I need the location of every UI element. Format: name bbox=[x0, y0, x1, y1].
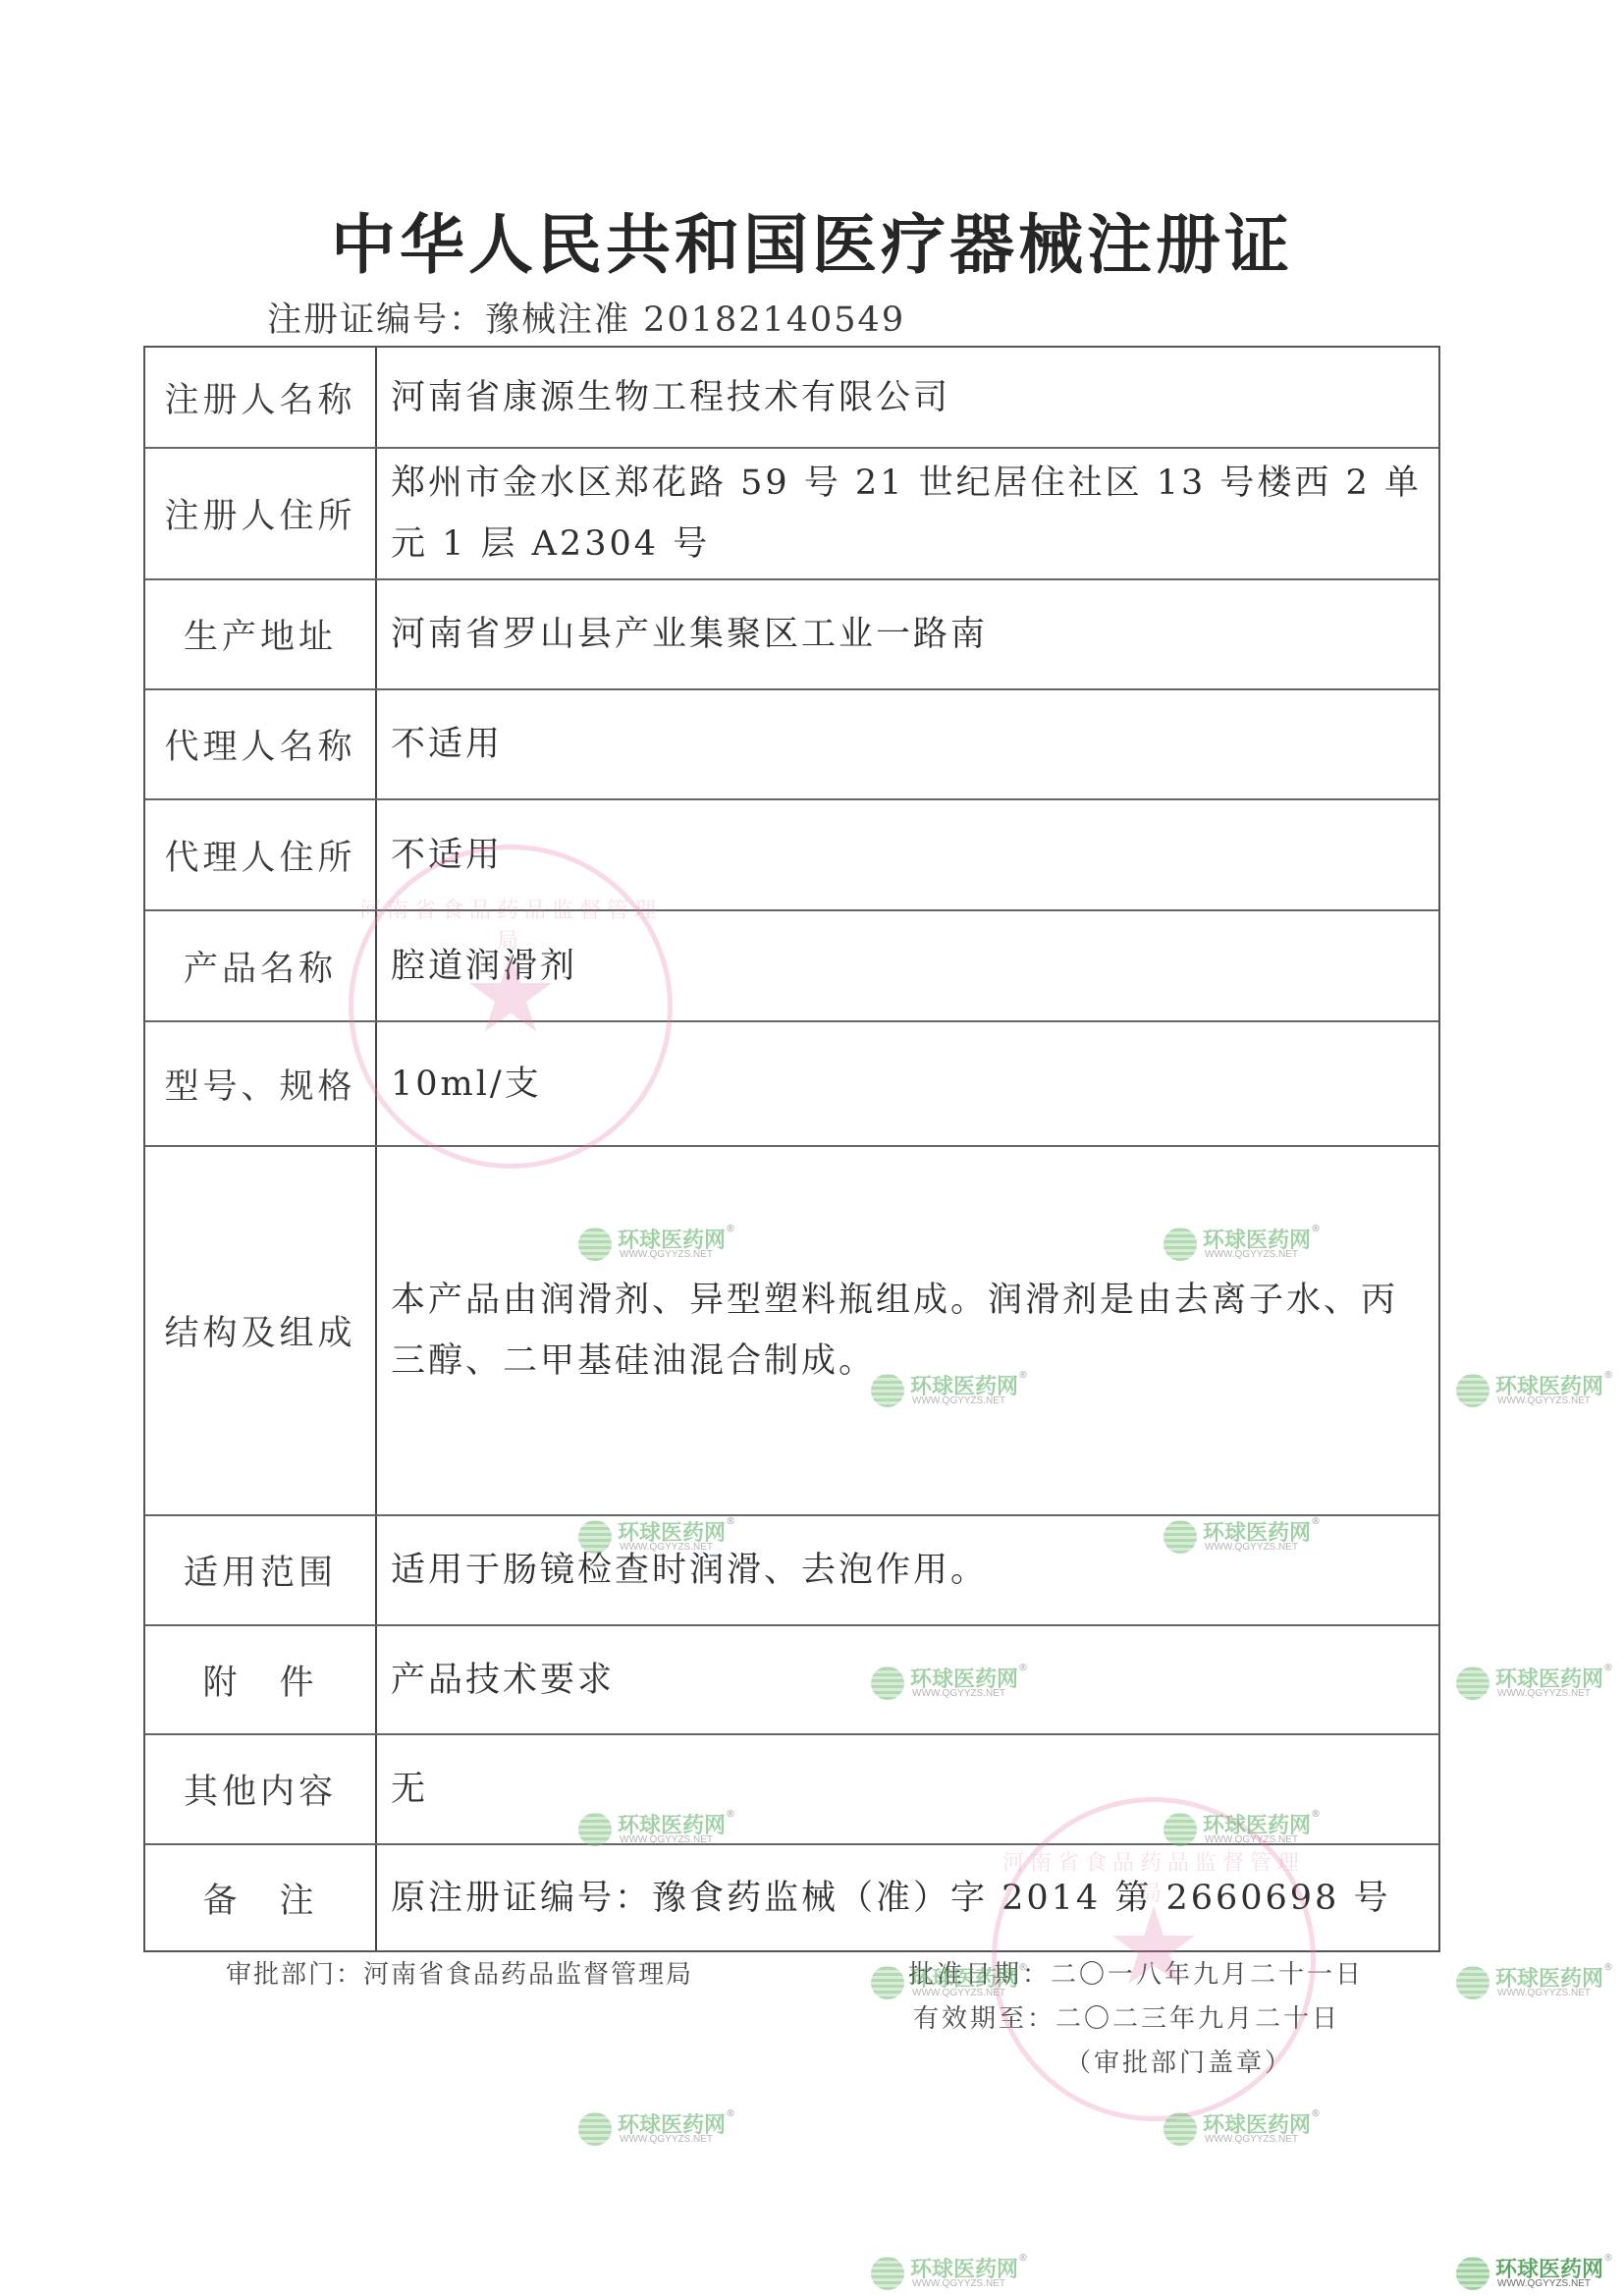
table-row: 型号、规格 10ml/支 bbox=[145, 1020, 1438, 1145]
row-label: 注册人住所 bbox=[145, 449, 377, 578]
row-value: 不适用 bbox=[377, 800, 1438, 909]
table-row: 代理人住所 不适用 bbox=[145, 798, 1438, 909]
row-value: 郑州市金水区郑花路 59 号 21 世纪居住社区 13 号楼西 2 单元 1 层… bbox=[377, 449, 1438, 578]
registered-mark: ® bbox=[1603, 1962, 1613, 1973]
row-value: 本产品由润滑剂、异型塑料瓶组成。润滑剂是由去离子水、丙三醇、二甲基硅油混合制成。 bbox=[377, 1147, 1438, 1514]
watermark-logo: 环球医药网®WWW.QGYYZS.NET bbox=[1456, 2255, 1623, 2294]
globe-icon bbox=[1456, 2257, 1489, 2290]
table-row: 附 件 产品技术要求 bbox=[145, 1624, 1438, 1733]
watermark-url: WWW.QGYYZS.NET bbox=[1497, 1688, 1591, 1699]
registered-mark: ® bbox=[1603, 2253, 1613, 2264]
row-value: 原注册证编号：豫食药监械（准）字 2014 第 2660698 号 bbox=[377, 1845, 1438, 1950]
watermark-logo: 环球医药网®WWW.QGYYZS.NET bbox=[1456, 1665, 1623, 1704]
watermark-text: 环球医药网 bbox=[618, 2113, 726, 2138]
row-label: 代理人住所 bbox=[145, 800, 377, 909]
globe-icon bbox=[1456, 1966, 1489, 1999]
watermark-url: WWW.QGYYZS.NET bbox=[1497, 1395, 1591, 1406]
row-value: 无 bbox=[377, 1735, 1438, 1843]
table-row: 其他内容 无 bbox=[145, 1733, 1438, 1843]
row-value: 河南省康源生物工程技术有限公司 bbox=[377, 348, 1438, 447]
seal-note: （审批部门盖章） bbox=[1065, 2043, 1293, 2079]
row-label: 注册人名称 bbox=[145, 348, 377, 447]
table-row: 备 注 原注册证编号：豫食药监械（准）字 2014 第 2660698 号 bbox=[145, 1843, 1438, 1950]
watermark-text: 环球医药网 bbox=[1203, 2113, 1311, 2138]
watermark-text: 环球医药网 bbox=[1495, 1967, 1603, 1992]
table-row: 结构及组成 本产品由润滑剂、异型塑料瓶组成。润滑剂是由去离子水、丙三醇、二甲基硅… bbox=[145, 1145, 1438, 1514]
row-label: 型号、规格 bbox=[145, 1022, 377, 1145]
row-label: 生产地址 bbox=[145, 580, 377, 688]
registration-number-label: 注册证编号： bbox=[267, 301, 485, 340]
approval-date: 批准日期：二〇一八年九月二十一日 bbox=[908, 1954, 1364, 1991]
row-value: 产品技术要求 bbox=[377, 1626, 1438, 1733]
table-row: 生产地址 河南省罗山县产业集聚区工业一路南 bbox=[145, 578, 1438, 688]
watermark-logo: 环球医药网®WWW.QGYYZS.NET bbox=[871, 2255, 1038, 2294]
certificate-table: 注册人名称 河南省康源生物工程技术有限公司 注册人住所 郑州市金水区郑花路 59… bbox=[143, 346, 1440, 1952]
watermark-url: WWW.QGYYZS.NET bbox=[1497, 2278, 1591, 2289]
globe-icon bbox=[871, 1966, 904, 1999]
row-label: 代理人名称 bbox=[145, 690, 377, 798]
row-label: 附 件 bbox=[145, 1626, 377, 1733]
registration-number-value: 豫械注准 20182140549 bbox=[485, 301, 905, 340]
watermark-text: 环球医药网 bbox=[1495, 2258, 1603, 2282]
row-label: 产品名称 bbox=[145, 911, 377, 1020]
globe-icon bbox=[1164, 2112, 1197, 2146]
globe-icon bbox=[1456, 1667, 1489, 1700]
watermark-logo: 环球医药网®WWW.QGYYZS.NET bbox=[578, 2110, 745, 2150]
registration-number: 注册证编号：豫械注准 20182140549 bbox=[267, 293, 905, 342]
watermark-logo: 环球医药网®WWW.QGYYZS.NET bbox=[1456, 1964, 1623, 2003]
registered-mark: ® bbox=[1311, 2108, 1321, 2119]
table-row: 注册人住所 郑州市金水区郑花路 59 号 21 世纪居住社区 13 号楼西 2 … bbox=[145, 447, 1438, 578]
watermark-text: 环球医药网 bbox=[1495, 1667, 1603, 1692]
row-value: 不适用 bbox=[377, 690, 1438, 798]
row-label: 其他内容 bbox=[145, 1735, 377, 1843]
row-value: 10ml/支 bbox=[377, 1022, 1438, 1145]
table-row: 产品名称 腔道润滑剂 bbox=[145, 909, 1438, 1020]
watermark-url: WWW.QGYYZS.NET bbox=[1205, 2134, 1298, 2145]
row-label: 备 注 bbox=[145, 1845, 377, 1950]
registered-mark: ® bbox=[1603, 1370, 1613, 1381]
row-label: 适用范围 bbox=[145, 1516, 377, 1624]
approval-department: 审批部门：河南省食品药品监督管理局 bbox=[226, 1954, 693, 1991]
watermark-text: 环球医药网 bbox=[1495, 1375, 1603, 1399]
table-row: 注册人名称 河南省康源生物工程技术有限公司 bbox=[145, 348, 1438, 447]
registered-mark: ® bbox=[1018, 2253, 1028, 2264]
row-value: 腔道润滑剂 bbox=[377, 911, 1438, 1020]
watermark-url: WWW.QGYYZS.NET bbox=[912, 2278, 1005, 2289]
watermark-url: WWW.QGYYZS.NET bbox=[1497, 1988, 1591, 1998]
row-label: 结构及组成 bbox=[145, 1147, 377, 1514]
table-row: 代理人名称 不适用 bbox=[145, 688, 1438, 798]
watermark-logo: 环球医药网®WWW.QGYYZS.NET bbox=[1164, 2110, 1330, 2150]
row-value: 适用于肠镜检查时润滑、去泡作用。 bbox=[377, 1516, 1438, 1624]
certificate-title: 中华人民共和国医疗器械注册证 bbox=[0, 192, 1624, 286]
globe-icon bbox=[578, 2112, 612, 2146]
registered-mark: ® bbox=[1603, 1663, 1613, 1673]
watermark-logo: 环球医药网®WWW.QGYYZS.NET bbox=[1456, 1372, 1623, 1411]
globe-icon bbox=[871, 2257, 904, 2290]
valid-until: 有效期至：二〇二三年九月二十日 bbox=[913, 1998, 1340, 2035]
registered-mark: ® bbox=[726, 2108, 735, 2119]
watermark-url: WWW.QGYYZS.NET bbox=[620, 2134, 713, 2145]
table-row: 适用范围 适用于肠镜检查时润滑、去泡作用。 bbox=[145, 1514, 1438, 1624]
watermark-text: 环球医药网 bbox=[910, 2258, 1018, 2282]
globe-icon bbox=[1456, 1374, 1489, 1407]
row-value: 河南省罗山县产业集聚区工业一路南 bbox=[377, 580, 1438, 688]
